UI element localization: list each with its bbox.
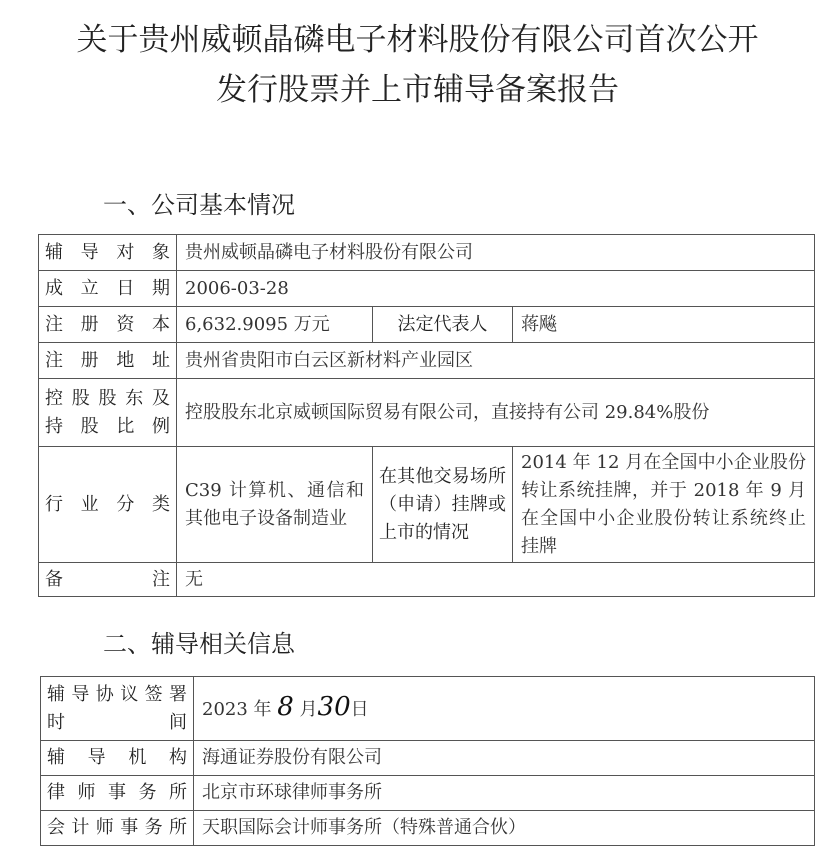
label-founded: 成立日期	[39, 271, 177, 307]
label-shareholder-line1: 控股股东及	[45, 385, 170, 413]
row-capital: 注册资本 6,632.9095 万元 法定代表人 蒋飚	[39, 307, 815, 343]
section2-heading: 二、辅导相关信息	[103, 624, 295, 659]
value-agency: 海通证券股份有限公司	[194, 741, 815, 776]
sign-month-unit: 月	[300, 699, 318, 720]
label-address: 注册地址	[39, 343, 177, 379]
label-sign-time-line1: 辅导协议签署	[47, 681, 187, 709]
sign-day-unit: 日	[351, 699, 369, 720]
label-capital: 注册资本	[39, 307, 177, 343]
value-law-firm: 北京市环球律师事务所	[194, 776, 815, 811]
company-info-table: 辅导对象 贵州威顿晶磷电子材料股份有限公司 成立日期 2006-03-28 注册…	[38, 234, 815, 597]
tutoring-info-table: 辅导协议签署 时 间 2023 年 8 月30日 辅导机构 海通证券股份有限公司…	[40, 676, 815, 846]
label-shareholder: 控股股东及 持股比例	[39, 379, 177, 447]
value-shareholder: 控股股东北京威顿国际贸易有限公司，直接持有公司 29.84%股份	[177, 379, 815, 447]
label-legal-rep: 法定代表人	[373, 307, 513, 343]
value-sign-time: 2023 年 8 月30日	[194, 677, 815, 741]
handwritten-day: 30	[318, 692, 351, 722]
label-other-listing: 在其他交易场所（申请）挂牌或上市的情况	[373, 447, 513, 563]
value-founded: 2006-03-28	[177, 271, 815, 307]
label-remark-right: 注	[152, 566, 170, 594]
label-sign-time: 辅导协议签署 时 间	[41, 677, 194, 741]
row-law-firm: 律师事务所 北京市环球律师事务所	[41, 776, 815, 811]
row-subject: 辅导对象 贵州威顿晶磷电子材料股份有限公司	[39, 235, 815, 271]
value-remark: 无	[177, 563, 815, 597]
value-legal-rep: 蒋飚	[513, 307, 815, 343]
row-remark: 备 注 无	[39, 563, 815, 597]
label-shareholder-line2: 持股比例	[45, 413, 170, 441]
value-capital: 6,632.9095 万元	[177, 307, 373, 343]
label-remark-left: 备	[45, 566, 63, 594]
row-agency: 辅导机构 海通证券股份有限公司	[41, 741, 815, 776]
value-subject: 贵州威顿晶磷电子材料股份有限公司	[177, 235, 815, 271]
row-sign-time: 辅导协议签署 时 间 2023 年 8 月30日	[41, 677, 815, 741]
label-remark: 备 注	[39, 563, 177, 597]
label-subject: 辅导对象	[39, 235, 177, 271]
row-accounting: 会计师事务所 天职国际会计师事务所（特殊普通合伙）	[41, 811, 815, 846]
label-sign-time-right: 间	[169, 709, 187, 737]
value-address: 贵州省贵阳市白云区新材料产业园区	[177, 343, 815, 379]
row-founded: 成立日期 2006-03-28	[39, 271, 815, 307]
row-address: 注册地址 贵州省贵阳市白云区新材料产业园区	[39, 343, 815, 379]
document-title-line2: 发行股票并上市辅导备案报告	[0, 64, 835, 109]
label-agency: 辅导机构	[41, 741, 194, 776]
label-sign-time-left: 时	[47, 709, 65, 737]
sign-year: 2023 年	[202, 699, 272, 720]
handwritten-month: 8	[277, 692, 294, 722]
label-industry: 行业分类	[39, 447, 177, 563]
row-industry: 行业分类 C39 计算机、通信和其他电子设备制造业 在其他交易场所（申请）挂牌或…	[39, 447, 815, 563]
label-accounting: 会计师事务所	[41, 811, 194, 846]
value-accounting: 天职国际会计师事务所（特殊普通合伙）	[194, 811, 815, 846]
label-law-firm: 律师事务所	[41, 776, 194, 811]
value-other-listing: 2014 年 12 月在全国中小企业股份转让系统挂牌，并于 2018 年 9 月…	[513, 447, 815, 563]
row-shareholder: 控股股东及 持股比例 控股股东北京威顿国际贸易有限公司，直接持有公司 29.84…	[39, 379, 815, 447]
section1-heading: 一、公司基本情况	[103, 185, 295, 220]
value-industry: C39 计算机、通信和其他电子设备制造业	[177, 447, 373, 563]
document-title-line1: 关于贵州威顿晶磷电子材料股份有限公司首次公开	[0, 14, 835, 59]
